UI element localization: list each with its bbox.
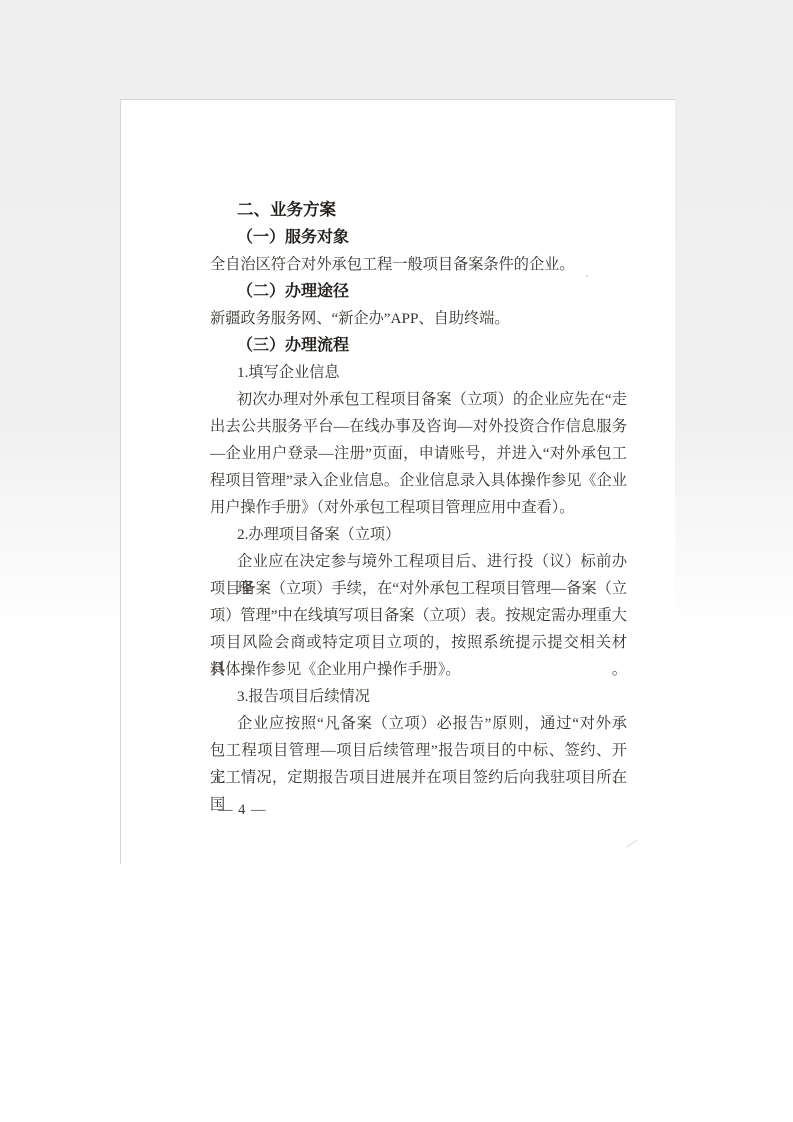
paragraph-channels: 新疆政务服务网、“新企办”APP、自助终端。 — [210, 305, 627, 332]
step2-paragraph-line: 企业应在决定参与境外工程项目后、进行投（议）标前办理 — [210, 548, 627, 575]
subsection-heading-process: （三）办理流程 — [210, 332, 627, 359]
scanned-document-page: 二、业务方案 （一）服务对象 全自治区符合对外承包工程一般项目备案条件的企业。 … — [0, 0, 793, 1122]
scan-artifact-dot — [586, 275, 588, 277]
scan-artifact-line — [627, 840, 637, 848]
step1-paragraph-line: 出去公共服务平台—在线办事及咨询—对外投资合作信息服务 — [210, 413, 627, 440]
scanner-margin-left — [0, 99, 120, 634]
step1-paragraph-line: 程项目管理”录入企业信息。企业信息录入具体操作参见《企业 — [210, 467, 627, 494]
step3-paragraph-line: 包工程项目管理—项目后续管理”报告项目的中标、签约、开工、 — [210, 737, 627, 764]
step3-paragraph-line: 完工情况，定期报告项目进展并在项目签约后向我驻项目所在国 — [210, 764, 627, 791]
step3-heading: 3.报告项目后续情况 — [210, 683, 627, 710]
page-frame-top-edge — [120, 99, 675, 100]
step2-heading: 2.办理项目备案（立项） — [210, 521, 627, 548]
step2-paragraph-line: 项目风险会商或特定项目立项的，按照系统提示提交相关材料。 — [210, 629, 627, 656]
subsection-heading-service-target: （一）服务对象 — [210, 224, 627, 251]
page-number: — 4 — — [218, 801, 267, 819]
scanner-margin-top — [0, 0, 793, 99]
section-heading: 二、业务方案 — [210, 197, 627, 224]
scanner-margin-right — [675, 99, 793, 634]
step1-paragraph-line: 用户操作手册》（对外承包工程项目管理应用中查看）。 — [210, 494, 627, 521]
document-body: 二、业务方案 （一）服务对象 全自治区符合对外承包工程一般项目备案条件的企业。 … — [210, 197, 627, 791]
step1-paragraph-line: —企业用户登录—注册”页面，申请账号，并进入“对外承包工 — [210, 440, 627, 467]
step2-paragraph-line: 项目备案（立项）手续，在“对外承包工程项目管理—备案（立 — [210, 575, 627, 602]
step2-paragraph-line: 项）管理”中在线填写项目备案（立项）表。按规定需办理重大 — [210, 602, 627, 629]
subsection-heading-channels: （二）办理途径 — [210, 278, 627, 305]
step1-heading: 1.填写企业信息 — [210, 359, 627, 386]
page-frame-left-edge — [120, 99, 121, 864]
step1-paragraph-line: 初次办理对外承包工程项目备案（立项）的企业应先在“走 — [210, 386, 627, 413]
paragraph-service-target: 全自治区符合对外承包工程一般项目备案条件的企业。 — [210, 251, 627, 278]
step3-paragraph-line: 企业应按照“凡备案（立项）必报告”原则，通过“对外承 — [210, 710, 627, 737]
